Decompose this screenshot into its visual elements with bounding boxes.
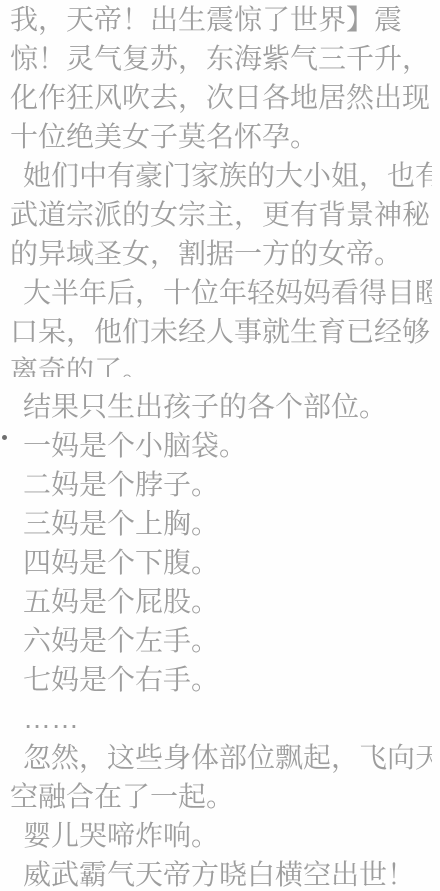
novel-text-page: 我，天帝！出生震惊了世界】震 惊！灵气复苏，东海紫气三千升， 化作狂风吹去，次日… — [0, 0, 440, 891]
text-line: 五妈是个屁股。 — [10, 582, 432, 621]
text-line: 的异域圣女，割据一方的女帝。 — [10, 234, 432, 273]
text-line: 三妈是个上胸。 — [10, 504, 432, 543]
text-line: 四妈是个下腹。 — [10, 543, 432, 582]
margin-bullet-dot-icon — [2, 435, 7, 440]
text-line: 七妈是个右手。 — [10, 660, 432, 699]
text-line: 大半年后，十位年轻妈妈看得目瞪 — [10, 273, 432, 312]
text-line: 她们中有豪门家族的大小姐，也有 — [10, 156, 432, 195]
text-line: 化作狂风吹去，次日各地居然出现 — [10, 78, 432, 117]
text-line: 婴儿哭啼炸响。 — [10, 816, 432, 855]
text-line-ellipsis: …… — [10, 699, 432, 738]
text-line: 空融合在了一起。 — [10, 777, 432, 816]
text-line: 一妈是个小脑袋。 — [10, 426, 432, 465]
text-line: 威武霸气天帝方晓白横空出世！ — [10, 855, 432, 891]
text-line: 忽然，这些身体部位飘起，飞向天 — [10, 738, 432, 777]
text-line: 武道宗派的女宗主，更有背景神秘 — [10, 195, 432, 234]
text-line: 十位绝美女子莫名怀孕。 — [10, 117, 432, 156]
text-line: 我，天帝！出生震惊了世界】震 — [10, 0, 432, 39]
text-line: 口呆，他们未经人事就生育已经够 — [10, 312, 432, 351]
clipped-line-container: 离奇的了。 — [10, 351, 432, 377]
text-line: 结果只生出孩子的各个部位。 — [10, 387, 432, 426]
text-line-clipped: 离奇的了。 — [10, 351, 432, 377]
text-line: 二妈是个脖子。 — [10, 465, 432, 504]
text-line: 六妈是个左手。 — [10, 621, 432, 660]
text-line: 惊！灵气复苏，东海紫气三千升， — [10, 39, 432, 78]
